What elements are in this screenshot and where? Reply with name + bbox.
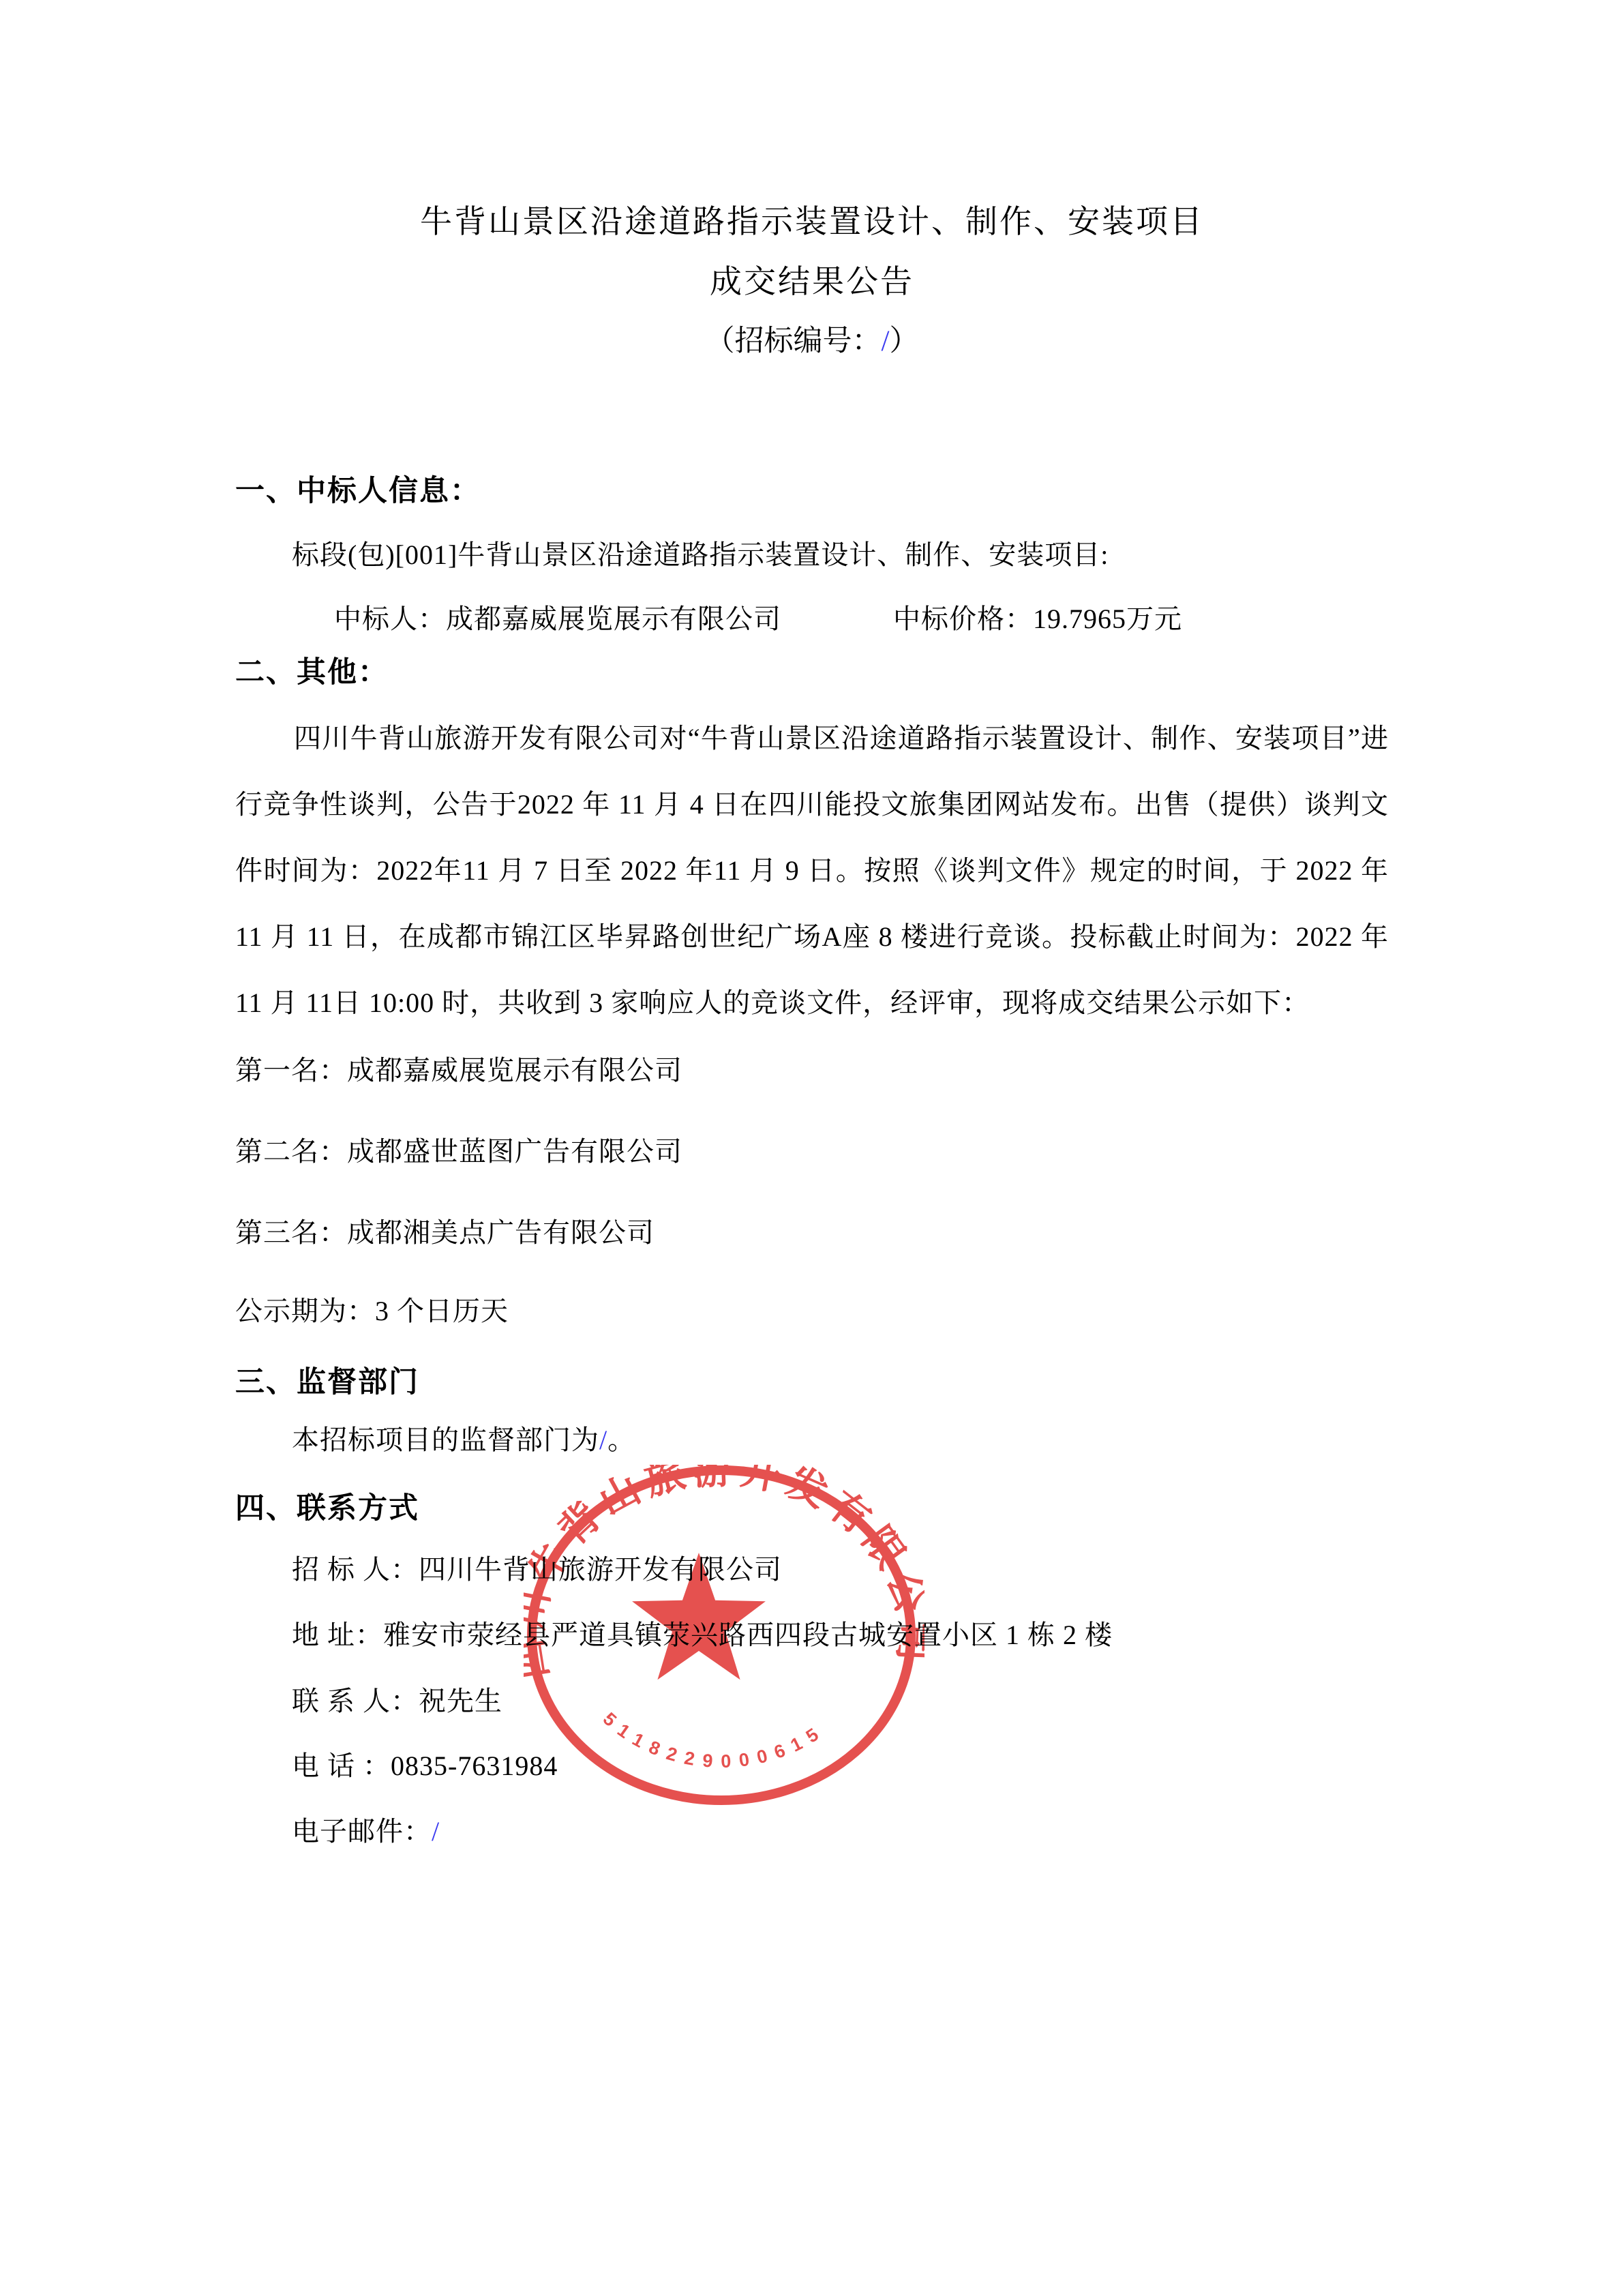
contact-label-email: 电子邮件： — [292, 1810, 432, 1849]
supervision-slash: / — [599, 1425, 607, 1455]
supervision-prefix: 本招标项目的监督部门为 — [292, 1425, 599, 1455]
seal-graphic: 四川牛背山旅游开发有限公司 5118229000615 — [524, 1465, 924, 1813]
contact-row-phone: 电 话 ：0835-7631984 — [292, 1744, 558, 1783]
bid-number-prefix: （招标编号： — [706, 325, 882, 357]
contact-label-address: 地 址： — [292, 1613, 383, 1652]
bid-number-suffix: ） — [889, 325, 918, 357]
contact-label-phone: 电 话 ： — [292, 1744, 391, 1783]
contact-label-person: 联 系 人： — [292, 1680, 419, 1718]
contact-value-person: 祝先生 — [419, 1686, 502, 1716]
winner-name-group: 中标人：成都嘉威展览展示有限公司 — [334, 597, 781, 636]
publicity-period-line: 公示期为：3 个日历天 — [235, 1289, 509, 1328]
doc-title-line1: 牛背山景区沿途道路指示装置设计、制作、安装项目 — [0, 196, 1624, 242]
section4-heading: 四、联系方式 — [235, 1485, 419, 1527]
price-label: 中标价格： — [893, 603, 1033, 634]
supervision-suffix: 。 — [607, 1425, 635, 1455]
rank1-line: 第一名：成都嘉威展览展示有限公司 — [235, 1049, 682, 1088]
section2-heading: 二、其他： — [235, 649, 389, 691]
seal-star-icon — [632, 1553, 766, 1680]
section3-heading: 三、监督部门 — [235, 1359, 419, 1401]
supervision-line: 本招标项目的监督部门为/。 — [292, 1418, 635, 1457]
contact-row-email: 电子邮件：/ — [292, 1810, 440, 1849]
rank2-line: 第二名：成都盛世蓝图广告有限公司 — [235, 1130, 682, 1169]
section1-heading: 一、中标人信息： — [235, 468, 481, 509]
doc-title-line2: 成交结果公告 — [0, 256, 1624, 302]
bid-number-value: / — [882, 325, 890, 357]
contact-label-bidder: 招 标 人： — [292, 1548, 419, 1587]
lot-line: 标段(包)[001]牛背山景区沿途道路指示装置设计、制作、安装项目: — [292, 533, 1109, 572]
rank3-line: 第三名：成都湘美点广告有限公司 — [235, 1211, 655, 1250]
document-page: 牛背山景区沿途道路指示装置设计、制作、安装项目 成交结果公告 （招标编号：/） … — [0, 0, 1624, 2296]
seal-serial-text: 5118229000615 — [599, 1708, 826, 1772]
price-value: 19.7965万元 — [1033, 603, 1182, 634]
winner-price-group: 中标价格：19.7965万元 — [893, 597, 1182, 636]
bid-number-line: （招标编号：/） — [0, 318, 1624, 359]
winner-name: 成都嘉威展览展示有限公司 — [446, 603, 781, 634]
contact-row-person: 联 系 人：祝先生 — [292, 1680, 502, 1718]
contact-value-email: / — [432, 1816, 440, 1847]
section2-paragraph: 四川牛背山旅游开发有限公司对“牛背山景区沿途道路指示装置设计、制作、安装项目”进… — [235, 705, 1389, 1036]
official-seal-stamp: 四川牛背山旅游开发有限公司 5118229000615 — [524, 1465, 924, 1813]
winner-label: 中标人： — [334, 603, 446, 634]
